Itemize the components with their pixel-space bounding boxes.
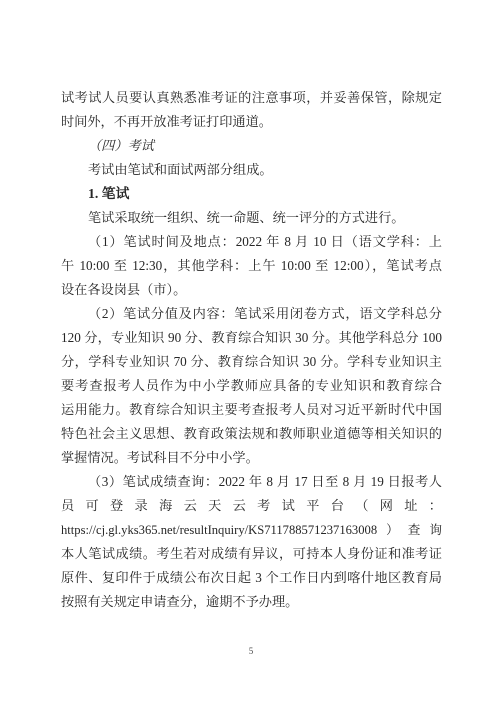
text-line: 分，学科专业知识 70 分、教育综合知识 30 分。学科专业知识主 xyxy=(61,350,442,374)
page-number: 5 xyxy=(0,646,502,656)
document-page: 试考试人员要认真熟悉准考证的注意事项，并妥善保管，除规定 时间外，不再开放准考证… xyxy=(0,0,502,711)
text-line: 运用能力。教育综合知识主要考查报考人员对习近平新时代中国 xyxy=(61,398,442,422)
text-line: 特色社会主义思想、教育政策法规和教师职业道德等相关知识的 xyxy=(61,422,442,446)
text-line: （1）笔试时间及地点：2022 年 8 月 10 日（语文学科：上 xyxy=(61,230,442,254)
text-line: 员可登录海云天云考试平台（网址： xyxy=(61,494,442,518)
section-heading-exam: （四）考试 xyxy=(61,134,442,158)
text-line: 试考试人员要认真熟悉准考证的注意事项，并妥善保管，除规定 xyxy=(61,86,442,110)
text-line: 考试由笔试和面试两部分组成。 xyxy=(61,158,442,182)
text-line: 时间外，不再开放准考证打印通道。 xyxy=(61,110,442,134)
text-line: （3）笔试成绩查询：2022 年 8 月 17 日至 8 月 19 日报考人 xyxy=(61,470,442,494)
text-line: 本人笔试成绩。考生若对成绩有异议，可持本人身份证和准考证 xyxy=(61,542,442,566)
text-line: 120 分，专业知识 90 分、教育综合知识 30 分。其他学科总分 100 xyxy=(61,326,442,350)
text-line: 午 10:00 至 12:30，其他学科：上午 10:00 至 12:00），笔… xyxy=(61,254,442,278)
text-line: （2）笔试分值及内容：笔试采用闭卷方式，语文学科总分 xyxy=(61,302,442,326)
text-line: 掌握情况。考试科目不分中小学。 xyxy=(61,446,442,470)
text-line: 要考查报考人员作为中小学教师应具备的专业知识和教育综合 xyxy=(61,374,442,398)
text-line: 按照有关规定申请查分，逾期不予办理。 xyxy=(61,590,442,614)
subsection-heading-written-test: 1. 笔试 xyxy=(61,182,442,206)
text-line: 笔试采取统一组织、统一命题、统一评分的方式进行。 xyxy=(61,206,442,230)
document-body: 试考试人员要认真熟悉准考证的注意事项，并妥善保管，除规定 时间外，不再开放准考证… xyxy=(61,86,442,614)
text-line: 原件、复印件于成绩公布次日起 3 个工作日内到喀什地区教育局 xyxy=(61,566,442,590)
result-inquiry-url: https://cj.gl.yks365.net/resultInquiry/K… xyxy=(61,518,442,542)
text-line: 设在各设岗县（市）。 xyxy=(61,278,442,302)
